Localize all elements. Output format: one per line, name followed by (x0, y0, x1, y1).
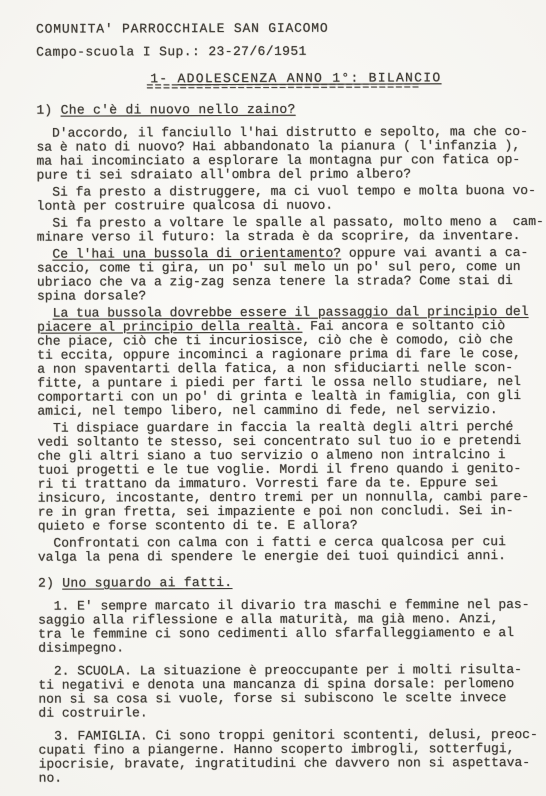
camp-line-line: Campo-scuola I Sup.: 23-27/6/1951 (36, 44, 528, 60)
paragraph-1: D'accordo, il fanciullo l'hai distrutto … (36, 125, 528, 183)
section-1-heading: 1) Che c'è di nuovo nello zaino? (36, 102, 528, 118)
text-segment: disimpegno. (38, 640, 124, 655)
text-segment: valga la pena di spendere le energie dei… (38, 548, 506, 565)
title-rule: ================================= (36, 81, 528, 94)
text-segment: non si sa cosa si vuole, forse si subisc… (38, 690, 506, 707)
paragraph-10-line: no. (39, 770, 531, 786)
text-segment: minare verso il futuro: la strada è da s… (37, 228, 521, 245)
paragraph-10-line: ipocrisie, bravate, ingratitudini che da… (39, 756, 531, 772)
text-segment: no. (39, 771, 62, 786)
text-segment: lontà per costruire qualcosa di nuovo. (37, 198, 334, 214)
paragraph-5: La tua bussola dovrebbe essere il passag… (37, 305, 529, 419)
paragraph-9-line: non si sa cosa si vuole, forse si subisc… (38, 691, 530, 707)
text-segment: amici, nel tempo libero, nel cammino di … (37, 402, 497, 419)
paragraph-4: Ce l'hai una bussola di orientamento? op… (37, 246, 529, 304)
text-segment (37, 247, 53, 262)
paragraph-2: Si fa presto a distruggere, ma ci vuol t… (37, 184, 529, 214)
text-segment: ubriaco che va a zig-zag senza tenere la… (37, 273, 513, 290)
text-segment: di costruirle. (38, 705, 147, 720)
paragraph-4-line: spina dorsale? (37, 288, 529, 304)
underlined-text: Che c'è di nuovo nello zaino? (61, 102, 296, 118)
camp-line: Campo-scuola I Sup.: 23-27/6/1951 (36, 44, 528, 60)
paragraph-8: 1. E' sempre marcato il divario tra masc… (38, 598, 530, 656)
underlined-text: Uno sguardo ai fatti. (62, 575, 232, 591)
scanned-text-content: COMUNITA' PARROCCHIALE SAN GIACOMOCampo-… (36, 21, 531, 786)
paragraph-10: 3. FAMIGLIA. Ci sono troppi genitori sco… (38, 728, 530, 786)
paragraph-7: Confrontati con calma con i fatti e cerc… (38, 535, 530, 565)
paragraph-2-line: lontà per costruire qualcosa di nuovo. (37, 198, 529, 214)
paragraph-8-line: tra le femmine ci sono cedimenti allo sf… (38, 626, 530, 642)
text-segment: ================================= (146, 79, 420, 94)
paragraph-5-line: amici, nel tempo libero, nel cammino di … (37, 403, 529, 419)
paragraph-9-line: di costruirle. (38, 705, 530, 721)
org-line: COMUNITA' PARROCCHIALE SAN GIACOMO (36, 21, 528, 37)
section-2-heading: 2) Uno sguardo ai fatti. (38, 575, 530, 591)
org-line-line: COMUNITA' PARROCCHIALE SAN GIACOMO (36, 21, 528, 37)
paragraph-8-line: disimpegno. (38, 640, 530, 656)
paragraph-7-line: valga la pena di spendere le energie dei… (38, 549, 530, 565)
text-segment: pure ti sei sdraiato all'ombra del primo… (37, 166, 412, 182)
paragraph-1-line: pure ti sei sdraiato all'ombra del primo… (37, 167, 529, 183)
document-page: COMUNITA' PARROCCHIALE SAN GIACOMOCampo-… (0, 0, 546, 796)
paragraph-6: Ti dispiace guardare in faccia la realtà… (37, 420, 529, 534)
text-segment: spina dorsale? (37, 288, 146, 303)
text-segment: tra le femmine ci sono cedimenti allo sf… (38, 625, 514, 642)
paragraph-3-line: minare verso il futuro: la strada è da s… (37, 229, 529, 245)
text-segment (37, 306, 53, 321)
section-2-heading-line: 2) Uno sguardo ai fatti. (38, 575, 530, 591)
text-segment: COMUNITA' PARROCCHIALE SAN GIACOMO (36, 21, 329, 37)
text-segment: 1) (36, 103, 60, 118)
paragraph-4-line: ubriaco che va a zig-zag senza tenere la… (37, 274, 529, 290)
paragraph-3: Si fa presto a voltare le spalle al pass… (37, 215, 529, 245)
text-segment: Campo-scuola I Sup.: 23-27/6/1951 (36, 44, 307, 60)
text-segment: ipocrisie, bravate, ingratitudini che da… (39, 755, 531, 772)
section-1-heading-line: 1) Che c'è di nuovo nello zaino? (36, 102, 528, 118)
title-rule-line: ================================= (146, 81, 528, 93)
text-segment: 2) (38, 576, 62, 591)
paragraph-6-line: quieto e forse scontento di te. E allora… (38, 518, 530, 534)
text-segment: quieto e forse scontento di te. E allora… (38, 518, 358, 534)
paragraph-9: 2. SCUOLA. La situazione è preoccupante … (38, 663, 530, 721)
